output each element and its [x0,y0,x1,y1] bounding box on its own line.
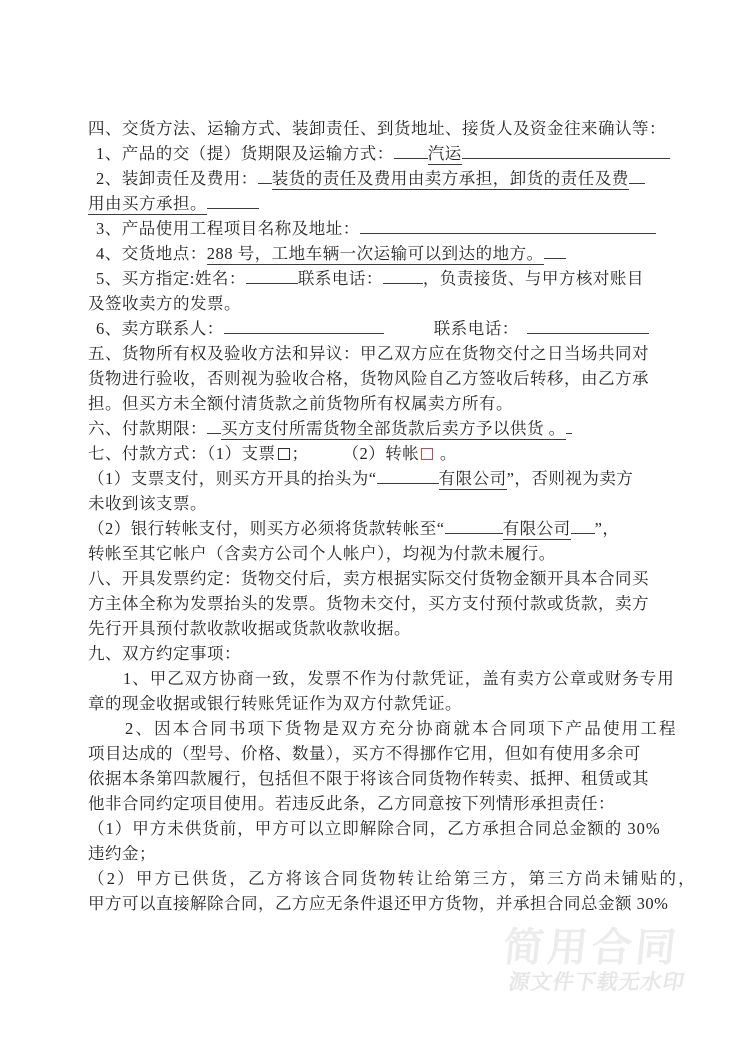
document-line: 1、产品的交（提）货期限及运输方式：汽运 [88,141,672,166]
blank-underline [377,466,439,484]
contract-text: 担。但买方未全额付清货款之前货物所有权属卖方所有。 [88,394,513,413]
contract-text: 1、产品的交（提）货期限及运输方式： [96,144,394,163]
blank-underline [527,316,649,334]
document-line: 5、买方指定:姓名：联系电话：，负责接货、与甲方核对账目 [88,266,672,291]
document-line: 3、产品使用工程项目名称及地址： [88,216,672,241]
document-line: 四、交货方法、运输方式、装卸责任、到货地址、接货人及资金往来确认等： [88,116,672,141]
document-line: 及签收卖方的发票。 [88,291,672,316]
blank-underline [360,216,656,234]
contract-text: （2）转帐 [343,444,420,463]
filled-in-text: 汽运 [428,144,462,165]
document-line: （1）支票支付，则买方开具的抬头为“有限公司”，否则视为卖方 [88,466,672,491]
blank-underline [224,316,384,334]
document-line: 章的现金收据或银行转账凭证作为双方付款凭证。 [88,691,672,716]
document-line: 项目达成的（型号、价格、数量），买方不得挪作它用，但如有使用多余可 [88,741,672,766]
document-line: （1）甲方未供货前，甲方可以立即解除合同，乙方承担合同总金额的 30% [88,816,672,841]
blank-underline [571,516,595,534]
contract-text: ； [292,444,309,463]
contract-text: （1）甲方未供货前，甲方可以立即解除合同，乙方承担合同总金额的 30% [88,819,661,838]
document-line: 甲方可以直接解除合同，乙方应无条件退还甲方货物，并承担合同总金额 30% [88,891,672,916]
spacer [384,333,434,334]
contract-text: 转帐至其它帐户（含卖方公司个人帐户），均视为付款未履行。 [88,544,556,563]
watermark-title: 简用合同 [501,916,683,973]
contract-text: 八、开具发票约定：货物交付后，卖方根据实际交付货物金额开具本合同买 [88,569,649,588]
contract-text: 联系电话： [434,319,519,338]
contract-text: 未收到该支票。 [88,494,207,513]
contract-text: 。 [435,444,457,463]
document-line: 货物进行验收，否则视为验收合格，货物风险自乙方签收后转移，由乙方承 [88,366,672,391]
document-line: 违约金； [88,841,672,866]
document-line: 未收到该支票。 [88,491,672,516]
document-line: 依据本条第四款履行，包括但不限于将该合同货物作转卖、抵押、租赁或其 [88,766,672,791]
contract-text: 6、卖方联系人： [96,319,224,338]
contract-text: ，负责接货、与甲方核对账目 [423,269,644,288]
contract-text: 5、买方指定:姓名： [96,269,246,288]
contract-text: 联系电话： [298,269,383,288]
contract-text: 依据本条第四款履行，包括但不限于将该合同货物作转卖、抵押、租赁或其 [88,769,649,788]
contract-text: （2）甲方已供货，乙方将该合同货物转让给第三方，第三方尚未铺贴的， [88,869,697,888]
contract-text: 4、交货地点： [96,244,207,263]
document-line: 先行开具预付款收款收据或货款收款收据。 [88,616,672,641]
contract-text: 章的现金收据或银行转账凭证作为双方付款凭证。 [88,694,462,713]
contract-text: 先行开具预付款收款收据或货款收款收据。 [88,619,411,638]
contract-text: （1）支票支付，则买方开具的抬头为“ [88,469,377,488]
document-line: 1、甲乙双方协商一致，发票不作为付款凭证，盖有卖方公章或财务专用 [88,666,672,691]
contract-text: 及签收卖方的发票。 [88,294,241,313]
contract-text: 五、货物所有权及验收方法和异议：甲乙双方应在货物交付之日当场共同对 [88,344,649,363]
contract-text: 七、付款方式：（1）支票 [88,444,276,463]
document-line: 担。但买方未全额付清货款之前货物所有权属卖方所有。 [88,391,672,416]
filled-in-text: 有限公司 [439,469,507,490]
blank-underline [207,191,259,209]
document-line: 4、交货地点：288 号，工地车辆一次运输可以到达的地方。 [88,241,672,266]
contract-text: 六、付款期限： [88,419,207,438]
contract-text: 四、交货方法、运输方式、装卸责任、到货地址、接货人及资金往来确认等： [88,119,666,138]
document-line: 九、双方约定事项： [88,641,672,666]
document-line: 2、装卸责任及费用：装货的责任及费用由卖方承担，卸货的责任及费 [88,166,672,191]
document-line: 转帐至其它帐户（含卖方公司个人帐户），均视为付款未履行。 [88,541,672,566]
filled-in-text: 有限公司 [503,519,571,540]
contract-text: 2、因本合同书项下货物是双方充分协商就本合同项下产品使用工程 [125,719,678,738]
filled-in-text: 买方支付所需货物全部货款后卖方予以供货 。 [221,419,566,440]
transfer-payment-checkbox [421,448,433,460]
filled-in-text: 用由买方承担。 [88,194,207,215]
contract-text: 九、双方约定事项： [88,644,241,663]
watermark-subtitle: 源文件下载无水印 [506,966,687,996]
contract-text: 1、甲乙双方协商一致，发票不作为付款凭证，盖有卖方公章或财务专用 [123,669,675,688]
contract-text: 违约金； [88,844,156,863]
spacer [309,458,343,459]
blank-underline [383,266,423,284]
document-line: 六、付款期限：买方支付所需货物全部货款后卖方予以供货 。 [88,416,672,441]
document-line: 方主体全称为发票抬头的发票。货物未交付，买方支付预付款或货款，卖方 [88,591,672,616]
contract-text: 货物进行验收，否则视为验收合格，货物风险自乙方签收后转移，由乙方承 [88,369,649,388]
spacer [519,333,527,334]
contract-text: ”， [595,519,620,538]
blank-underline [258,166,272,184]
cheque-payment-checkbox [278,448,290,460]
blank-underline [544,241,566,259]
document-line: 6、卖方联系人：联系电话： [88,316,672,341]
blank-underline [394,141,428,159]
contract-text: 方主体全称为发票抬头的发票。货物未交付，买方支付预付款或货款，卖方 [88,594,649,613]
blank-underline [566,416,572,434]
contract-document-body: 四、交货方法、运输方式、装卸责任、到货地址、接货人及资金往来确认等：1、产品的交… [88,116,672,916]
blank-underline [445,516,503,534]
document-line: 用由买方承担。 [88,191,672,216]
blank-underline [246,266,298,284]
blank-underline [462,141,670,159]
filled-in-text: 装货的责任及费用由卖方承担，卸货的责任及费 [272,169,629,190]
filled-in-text: 288 号，工地车辆一次运输可以到达的地方。 [207,244,544,265]
contract-text: 他非合同约定项目使用。若违反此条，乙方同意按下列情形承担责任： [88,794,615,813]
contract-text: 2、装卸责任及费用： [96,169,258,188]
blank-underline [207,416,221,434]
document-line: 他非合同约定项目使用。若违反此条，乙方同意按下列情形承担责任： [88,791,672,816]
contract-text: （2）银行转帐支付，则买方必须将货款转帐至“ [88,519,445,538]
blank-underline [629,166,645,184]
document-line: 七、付款方式：（1）支票；（2）转帐 。 [88,441,672,466]
contract-text: ”，否则视为卖方 [507,469,634,488]
contract-text: 3、产品使用工程项目名称及地址： [96,219,360,238]
document-line: 2、因本合同书项下货物是双方充分协商就本合同项下产品使用工程 [88,716,672,741]
contract-text: 项目达成的（型号、价格、数量），买方不得挪作它用，但如有使用多余可 [88,744,641,763]
document-line: 五、货物所有权及验收方法和异议：甲乙双方应在货物交付之日当场共同对 [88,341,672,366]
document-line: （2）银行转帐支付，则买方必须将货款转帐至“有限公司”， [88,516,672,541]
document-line: （2）甲方已供货，乙方将该合同货物转让给第三方，第三方尚未铺贴的， [88,866,672,891]
contract-text: 甲方可以直接解除合同，乙方应无条件退还甲方货物，并承担合同总金额 30% [88,894,668,913]
document-line: 八、开具发票约定：货物交付后，卖方根据实际交付货物金额开具本合同买 [88,566,672,591]
